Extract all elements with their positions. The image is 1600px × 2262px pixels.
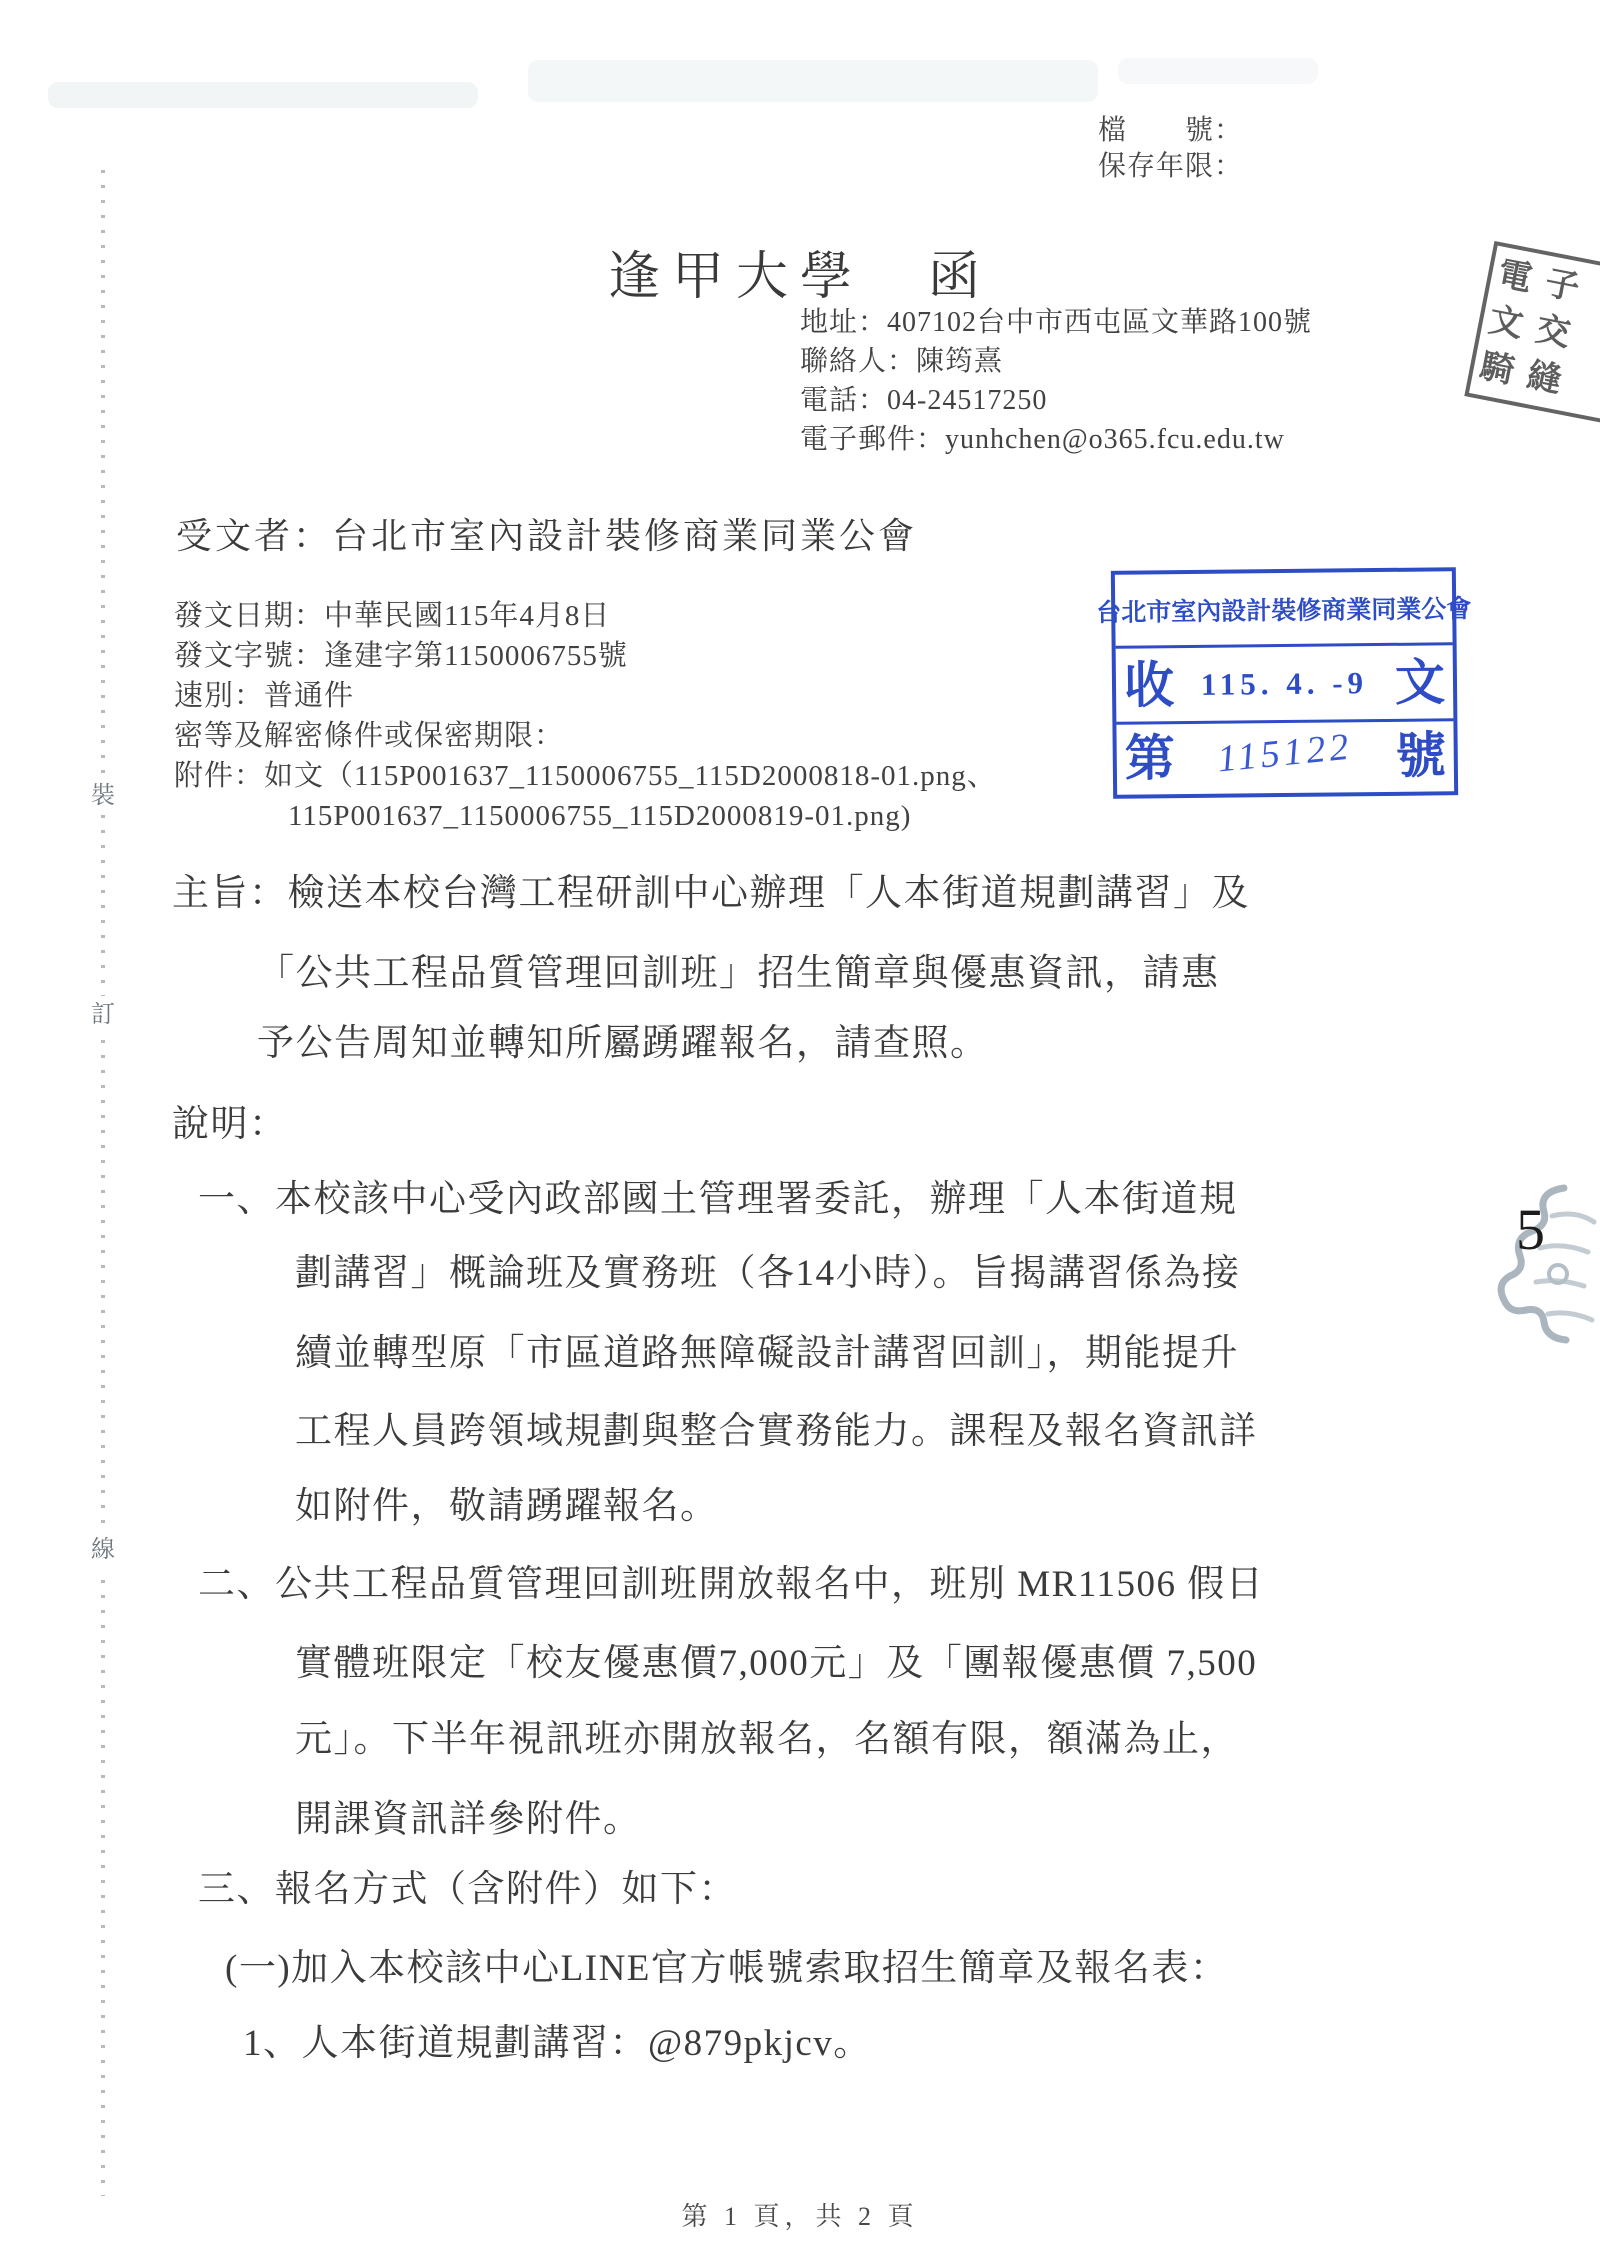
explanation-item1-line: 一、本校該中心受內政部國土管理署委託，辦理「人本街道規 (198, 1177, 1238, 1223)
official-letter-page: 檔 號： 保存年限： 逢甲大學 函 地址：407102台中市西屯區文華路100號… (0, 0, 1600, 2262)
receipt-stamp-no-prefix: 第 (1125, 733, 1176, 784)
archive-retention: 保存年限： (1098, 149, 1243, 185)
margin-page-number: 5 (1516, 1196, 1545, 1263)
explanation-item1-line: 續並轉型原「市區道路無障礙設計講習回訓」，期能提升 (295, 1331, 1239, 1377)
receipt-stamp-handwritten-number: 115122 (1215, 724, 1354, 781)
receipt-stamp-date-row: 收 115. 4. -9 文 (1116, 645, 1454, 725)
subject-line: 主旨：檢送本校台灣工程研訓中心辦理「人本街道規劃講習」及 (172, 871, 1250, 917)
receipt-stamp-no-suffix: 號 (1396, 730, 1447, 781)
explanation-item3-subitem: (一)加入本校該中心LINE官方帳號索取招生簡章及報名表： (225, 1946, 1228, 1992)
explanation-item1-line: 如附件，敬請踴躍報名。 (295, 1484, 719, 1530)
sender-contact-block: 地址：407102台中市西屯區文華路100號 聯絡人：陳筠熹 電話：04-245… (800, 303, 1312, 459)
explanation-item2-line: 實體班限定「校友優惠價7,000元」及「團報優惠價 7,500 (295, 1641, 1257, 1687)
exchange-stamp-row2: 文交 (1486, 304, 1587, 356)
partial-perforation-seal (1492, 1182, 1600, 1352)
page-footer: 第 1 頁，共 2 頁 (0, 2196, 1600, 2233)
explanation-item2-line: 元」。下半年視訊班亦開放報名，名額有限，額滿為止， (295, 1717, 1239, 1763)
dispatch-doc-number: 發文字號：逢建字第1150006755號 (174, 636, 997, 676)
receipt-stamp: 台北市室內設計裝修商業同業公會 收 115. 4. -9 文 第 115122 … (1111, 567, 1458, 799)
receipt-stamp-receive-label: 收 (1124, 660, 1175, 711)
recipient-line: 受文者：台北市室內設計裝修商業同業公會 (176, 508, 917, 559)
explanation-item1-line: 工程人員跨領域規劃與整合實務能力。課程及報名資訊詳 (295, 1409, 1258, 1455)
explanation-item2-line: 開課資訊詳參附件。 (295, 1797, 642, 1843)
receipt-stamp-number-row: 第 115122 號 (1116, 721, 1454, 792)
dispatch-attachment-line2: 115P001637_1150006755_115D2000819-01.png… (174, 796, 997, 836)
exchange-stamp-row3: 騎縫 (1477, 350, 1578, 402)
scan-artifact (48, 82, 478, 108)
explanation-heading: 說明： (172, 1102, 288, 1148)
sender-address: 地址：407102台中市西屯區文華路100號 (800, 303, 1312, 342)
archive-file-no: 檔 號： (1098, 113, 1243, 149)
seal-fragment-graphic (1492, 1182, 1600, 1347)
explanation-item3-subsubitem: 1、人本街道規劃講習：@879pkjcv。 (243, 2021, 872, 2067)
receipt-stamp-wen-label: 文 (1395, 657, 1446, 708)
scan-artifact (528, 60, 1098, 102)
binding-mark-ding: 訂 (89, 996, 117, 1034)
archive-block: 檔 號： 保存年限： (1098, 113, 1243, 185)
subject-line: 「公共工程品質管理回訓班」招生簡章與優惠資訊，請惠 (257, 951, 1220, 997)
explanation-item3-line: 三、報名方式（含附件）如下： (198, 1867, 737, 1913)
receipt-stamp-org: 台北市室內設計裝修商業同業公會 (1115, 571, 1453, 649)
sender-email: 電子郵件：yunhchen@o365.fcu.edu.tw (800, 420, 1312, 459)
explanation-item1-line: 劃講習」概論班及實務班（各14小時）。旨揭講習係為接 (295, 1251, 1241, 1297)
sender-contact-person: 聯絡人：陳筠熹 (800, 342, 1312, 381)
binding-mark-zhuang: 裝 (89, 777, 117, 815)
scan-artifact (1118, 58, 1318, 84)
dispatch-meta-block: 發文日期：中華民國115年4月8日 發文字號：逢建字第1150006755號 速… (174, 596, 997, 836)
receipt-stamp-date: 115. 4. -9 (1201, 665, 1368, 703)
subject-line: 予公告周知並轉知所屬踴躍報名，請查照。 (257, 1021, 989, 1067)
binding-mark-xian: 線 (89, 1531, 117, 1569)
dispatch-priority: 速別：普通件 (174, 676, 997, 716)
dispatch-security: 密等及解密條件或保密期限： (174, 716, 997, 756)
explanation-item2-line: 二、公共工程品質管理回訓班開放報名中，班別 MR11506 假日 (198, 1562, 1264, 1608)
exchange-stamp-row1: 電子 (1495, 257, 1596, 309)
dispatch-attachment-line1: 附件：如文（115P001637_1150006755_115D2000818-… (174, 756, 997, 796)
binding-dotted-line (101, 170, 105, 2196)
sender-phone: 電話：04-24517250 (800, 381, 1312, 420)
dispatch-date: 發文日期：中華民國115年4月8日 (174, 596, 997, 636)
document-title: 逢甲大學 函 (0, 234, 1600, 309)
